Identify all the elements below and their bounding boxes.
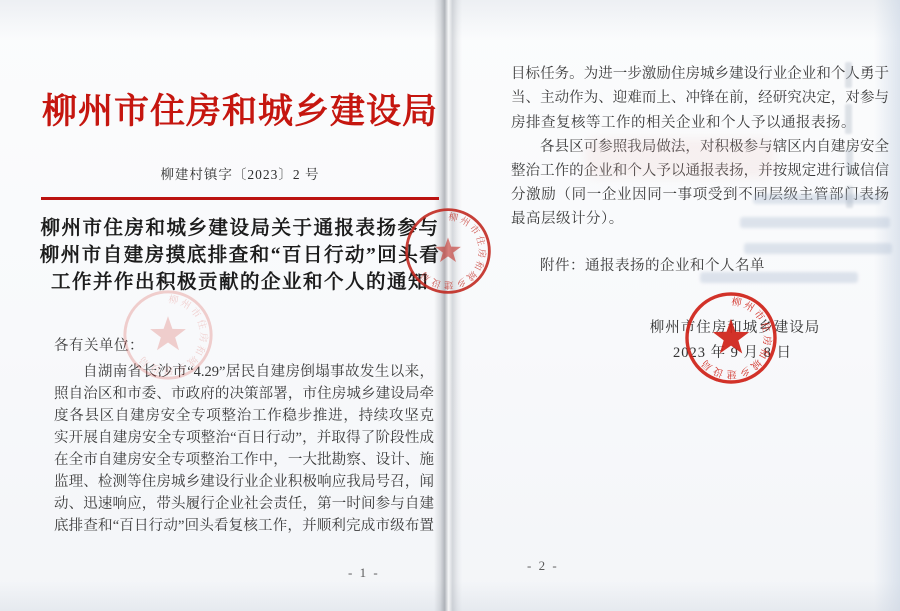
body-line: 监理、检测等住房城乡建设行业企业积极响应我局号召，闻令而 xyxy=(54,470,434,490)
signature-agency-name: 柳州市住房和城乡建设局 xyxy=(630,316,840,337)
body-line: 照自治区和市委、市政府的决策部署，市住房城乡建设局牵头调 xyxy=(54,382,434,402)
page-edge-bleed-mark xyxy=(845,104,852,134)
masthead-divider-rule xyxy=(41,197,439,200)
reverse-side-text-bleed xyxy=(753,194,881,204)
document-title-line-3: 工作并作出积极贡献的企业和个人的通知 xyxy=(22,266,458,294)
body-line: 目标任务。为进一步激励住房城乡建设行业企业和个人勇于担 xyxy=(511,62,889,82)
body-line: 当、主动作为、迎难而上、冲锋在前，经研究决定，对参与自建 xyxy=(511,86,889,106)
page-edge-bleed-mark xyxy=(846,186,853,208)
body-line: 房排查复核等工作的相关企业和个人予以通报表扬。 xyxy=(511,111,856,132)
document-reference-number: 柳建村镇字〔2023〕2 号 xyxy=(22,163,458,183)
page-edge-bleed-mark xyxy=(846,148,853,174)
body-line: 动、迅速响应，带头履行企业社会责任，第一时间参与自建房摸 xyxy=(54,492,434,512)
salutation: 各有关单位： xyxy=(54,334,144,355)
reverse-side-seal-bleed xyxy=(585,138,775,178)
scanned-document-photo: 柳州市住房和城乡建设局 柳建村镇字〔2023〕2 号 柳州市住房和城乡建设局关于… xyxy=(0,0,900,611)
body-line: 自湖南省长沙市“4.29”居民自建房倒塌事故发生以来，按 xyxy=(54,360,434,380)
body-line: 底排查和“百日行动”回头看复核工作，并顺利完成市级布置的 xyxy=(54,514,434,534)
agency-masthead: 柳州市住房和城乡建设局 xyxy=(22,84,458,134)
reverse-side-text-bleed xyxy=(744,243,892,254)
document-title-line-2: 柳州市自建房摸底排查和“百日行动”回头看 xyxy=(22,239,458,267)
reverse-side-text-bleed xyxy=(700,272,858,283)
reverse-side-text-bleed xyxy=(740,217,890,228)
body-line: 实开展自建房安全专项整治“百日行动”，并取得了阶段性成效。 xyxy=(54,426,434,446)
body-line: 在全市自建房安全专项整治工作中，一大批勘察、设计、施工、 xyxy=(54,448,434,468)
page-number-2: - 2 - xyxy=(527,558,559,574)
page-number-1: - 1 - xyxy=(348,565,380,581)
page-edge-bleed-mark xyxy=(845,62,852,88)
body-line: 最高层级计分）。 xyxy=(511,207,624,228)
signature-date: 2023 年 9 月 8 日 xyxy=(630,341,835,362)
document-title-line-1: 柳州市住房和城乡建设局关于通报表扬参与 xyxy=(22,212,458,240)
body-line: 度各县区自建房安全专项整治工作稳步推进，持续攻坚克难，扎 xyxy=(54,404,434,424)
